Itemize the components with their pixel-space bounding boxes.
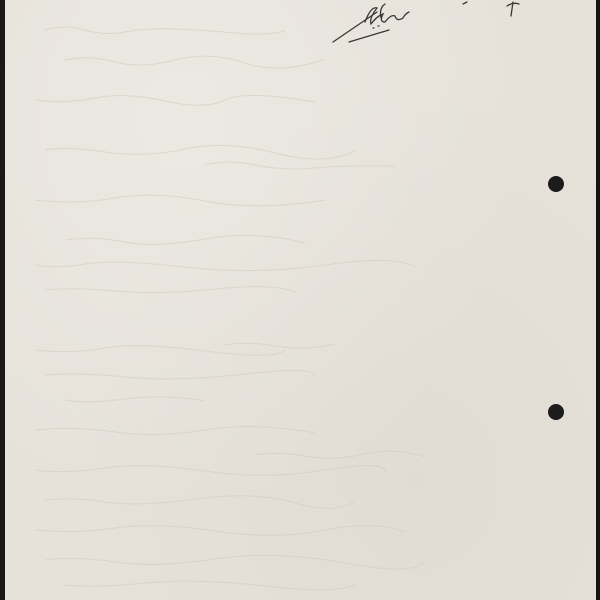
document-page: [illegible signature] [faint illegible m… <box>5 0 596 600</box>
signature-text: [illegible signature] <box>5 0 6 1</box>
bleed-through-text: [faint illegible mirrored handwriting fr… <box>5 0 6 1</box>
handwritten-signature <box>325 0 555 50</box>
scan-border-right <box>596 0 600 600</box>
bleed-through-handwriting <box>5 0 596 600</box>
punch-hole-top <box>548 176 564 192</box>
punch-hole-bottom <box>548 404 564 420</box>
